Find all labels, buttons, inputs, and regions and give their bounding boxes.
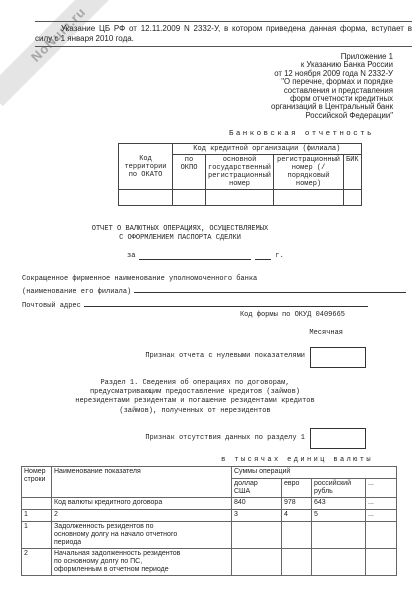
section1-heading-line: нерезидентами резидентам и погашение рез… [30,397,360,406]
territory-code-cell [119,190,173,206]
bik-cell [344,190,362,206]
bank-name-block: Сокращенное фирменное наименование уполн… [22,274,406,311]
operations-table: Номер строки Наименование показателя Сум… [21,466,397,576]
col-row-number-header: Номер строки [22,467,52,498]
period-prefix: за [127,252,135,260]
currency-eur-header: евро [282,479,312,498]
units-label: в тысячах единиц валюты [221,456,373,464]
branch-line: (наименование его филиала) [22,284,406,297]
year-blank-line [255,251,271,260]
effective-note: Указание ЦБ РФ от 12.11.2009 N 2332-У, в… [35,21,412,47]
document-page: NoNum.ru Указание ЦБ РФ от 12.11.2009 N … [0,0,420,600]
table-row: 2 Начальная задолженность резидентов по … [22,549,397,576]
usd-cell [232,522,282,549]
bank-reporting-label: Банковская отчетность [229,130,374,138]
ogrn-header: основной государственный регистрационный… [206,155,274,190]
appendix-line: Российской Федерации" [271,112,393,120]
etc-cell: ... [366,510,397,522]
indicator-text: Задолженность резидентов по основному до… [54,523,184,547]
postal-label: Почтовый адрес [22,302,81,310]
usd-cell: 3 [232,510,282,522]
codes-table: Код территории по ОКАТО Код кредитной ор… [118,143,362,206]
zero-indicator-box [310,347,366,368]
row-number-cell: 1 [22,510,52,522]
branch-blank-line [134,284,406,293]
indicator-text: Начальная задолженность резидентов по ос… [54,550,184,574]
eur-cell [282,522,312,549]
report-title-line-1: ОТЧЕТ О ВАЛЮТНЫХ ОПЕРАЦИЯХ, ОСУЩЕСТВЛЯЕМ… [60,225,300,234]
ogrn-cell [206,190,274,206]
currency-usd-label: доллар США [234,480,264,496]
report-title: ОТЧЕТ О ВАЛЮТНЫХ ОПЕРАЦИЯХ, ОСУЩЕСТВЛЯЕМ… [60,225,300,243]
row-number-cell [22,498,52,510]
watermark: NoNum.ru [0,0,130,106]
note-line-2: силу с 1 января 2010 года. [35,34,412,44]
periodicity-label: Месячная [309,329,343,337]
period-line: за г. [127,250,284,260]
currency-etc-header: ... [366,479,397,498]
etc-cell: ... [366,498,397,510]
okpo-header: по ОКПО [173,155,206,190]
usd-cell: 840 [232,498,282,510]
indicator-cell: 2 [52,510,232,522]
zero-indicator-label: Признак отчета с нулевыми показателями [145,352,305,360]
okud-code-label: Код формы по ОКУД 0409665 [240,311,345,319]
usd-cell [232,549,282,576]
table-row: 1 Задолженность резидентов по основному … [22,522,397,549]
row-number-cell: 1 [22,522,52,549]
etc-cell [366,549,397,576]
section1-no-data-box [310,428,366,449]
section1-heading-line: Раздел 1. Сведения об операциях по догов… [30,379,360,388]
section1-heading-line: (займов), полученных от нерезидентов [30,407,360,416]
eur-cell: 978 [282,498,312,510]
col-sums-header: Суммы операций [232,467,397,479]
section1-heading-line: предусматривающим предоставление кредито… [30,388,360,397]
etc-cell [366,522,397,549]
reg-number-cell [274,190,344,206]
period-blank-line [139,251,251,260]
col-indicator-header: Наименование показателя [52,467,232,498]
table-row: 1 2 3 4 5 ... [22,510,397,522]
currency-usd-header: доллар США [232,479,282,498]
rub-cell [312,549,366,576]
territory-code-header: Код территории по ОКАТО [119,144,173,190]
currency-rub-header: российский рубль [312,479,366,498]
postal-blank-line [84,298,368,307]
rub-cell [312,522,366,549]
table-row: Код валюты кредитного договора 840 978 6… [22,498,397,510]
indicator-cell: Задолженность резидентов по основному до… [52,522,232,549]
section1-heading: Раздел 1. Сведения об операциях по догов… [30,379,360,416]
table-header-row-1: Номер строки Наименование показателя Сум… [22,467,397,479]
codes-value-row [119,190,362,206]
indicator-cell: Код валюты кредитного договора [52,498,232,510]
indicator-cell: Начальная задолженность резидентов по ос… [52,549,232,576]
bank-name-label: Сокращенное фирменное наименование уполн… [22,274,406,284]
report-title-line-2: С ОФОРМЛЕНИЕМ ПАСПОРТА СДЕЛКИ [60,234,300,243]
section1-no-data-label: Признак отсутствия данных по разделу 1 [145,434,305,442]
period-suffix: г. [275,252,283,260]
okpo-cell [173,190,206,206]
rub-cell: 5 [312,510,366,522]
codes-header-row-1: Код территории по ОКАТО Код кредитной ор… [119,144,362,155]
rub-cell: 643 [312,498,366,510]
reg-number-header: регистрационный номер (/порядковый номер… [274,155,344,190]
appendix-block: Приложение 1 к Указанию Банка России от … [271,53,393,120]
eur-cell: 4 [282,510,312,522]
branch-label: (наименование его филиала) [22,288,131,296]
postal-line: Почтовый адрес [22,298,406,311]
eur-cell [282,549,312,576]
org-code-header: Код кредитной организации (филиала) [173,144,362,155]
bik-header: БИК [344,155,362,190]
note-line-1: Указание ЦБ РФ от 12.11.2009 N 2332-У, в… [35,24,412,34]
row-number-cell: 2 [22,549,52,576]
